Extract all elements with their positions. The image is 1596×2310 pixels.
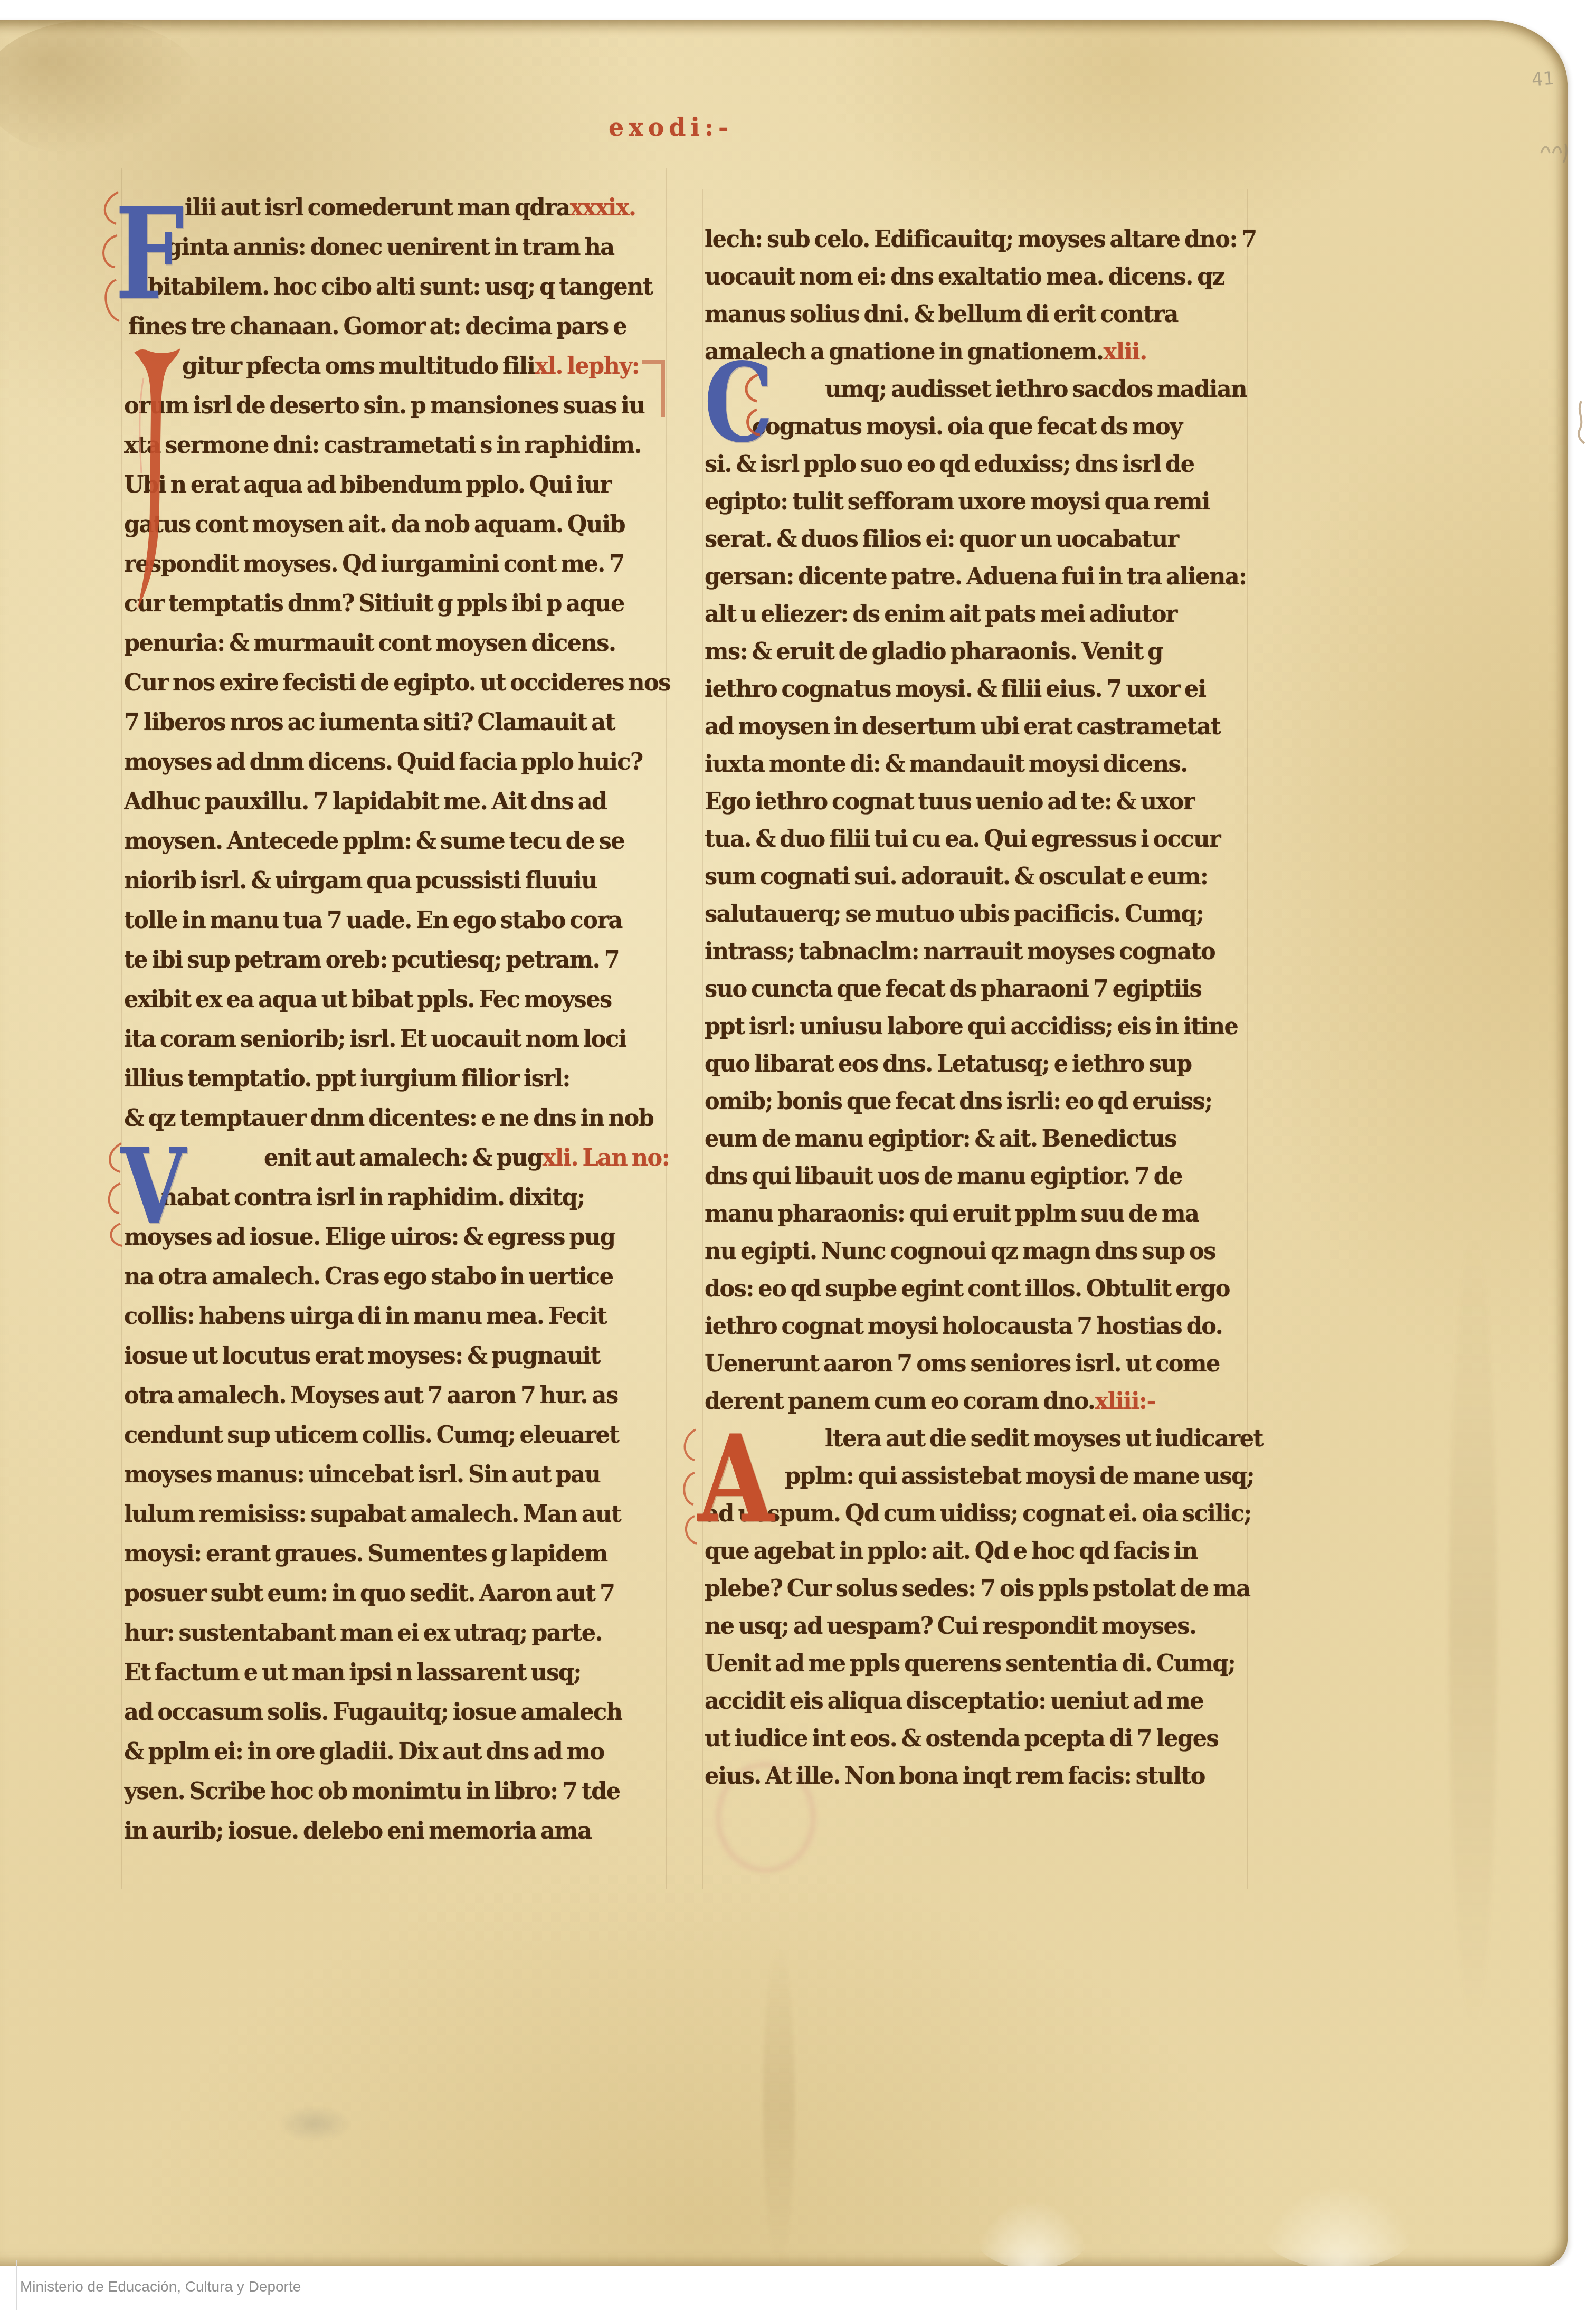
- text-line: ginta annis: donec uenirent in tram ha: [124, 228, 668, 267]
- text-segment: amalech a gnatione in gnationem.: [705, 333, 1104, 372]
- text-segment: ne usq; ad uespam? Cui respondit moyses.: [705, 1607, 1196, 1646]
- chapter-rubric: xli. Lan no:: [543, 1138, 669, 1179]
- text-line: iosue ut locutus erat moyses: & pugnauit: [124, 1336, 668, 1376]
- text-segment: penuria: & murmauit cont moysen dicens.: [124, 623, 615, 664]
- footer-text: Ministerio de Educación, Cultura y Depor…: [20, 2278, 301, 2295]
- text-line: plebe? Cur solus sedes: 7 ois ppls pstol…: [705, 1570, 1248, 1607]
- text-segment: suo cuncta que fecat ds pharaoni 7 egipt…: [705, 970, 1201, 1009]
- rubric-bracket-icon: [639, 358, 669, 423]
- text-segment: nabat contra isrl in raphidim. dixitq;: [161, 1177, 585, 1218]
- text-line: niorib isrl. & uirgam qua pcussisti fluu…: [124, 861, 668, 901]
- pen-flourish-icon: [676, 1425, 699, 1547]
- text-line: orum isrl de deserto sin. p mansiones su…: [124, 386, 668, 425]
- text-line: gatus cont moysen ait. da nob aquam. Qui…: [124, 505, 668, 544]
- text-segment: collis: habens uirga di in manu mea. Fec…: [124, 1296, 606, 1337]
- text-segment: nu egipti. Nunc cognoui qz magn dns sup …: [705, 1232, 1215, 1271]
- pen-flourish-icon: [99, 1138, 125, 1249]
- text-segment: orum isrl de deserto sin. p mansiones su…: [124, 385, 644, 427]
- text-line: Uenit ad me ppls querens sententia di. C…: [705, 1645, 1248, 1682]
- text-segment: derent panem cum eo coram dno.: [705, 1382, 1095, 1421]
- text-segment: uocauit nom ei: dns exaltatio mea. dicen…: [705, 258, 1224, 297]
- text-line: exibit ex ea aqua ut bibat ppls. Fec moy…: [124, 980, 668, 1019]
- text-line: moysen. Antecede pplm: & sume tecu de se: [124, 821, 668, 861]
- text-line: manus solius dni. & bellum di erit contr…: [705, 296, 1248, 333]
- text-column-left: ilii aut isrl comederunt man qdra xxxix.…: [124, 188, 668, 1851]
- text-segment: niorib isrl. & uirgam qua pcussisti fluu…: [124, 860, 597, 902]
- text-segment: & pplm ei: in ore gladii. Dix aut dns ad…: [124, 1731, 604, 1773]
- text-segment: ilii aut isrl comederunt man qdra: [185, 187, 570, 229]
- text-segment: dos: eo qd supbe egint cont illos. Obtul…: [705, 1270, 1230, 1309]
- text-line: ilii aut isrl comederunt man qdra xxxix.: [124, 188, 668, 228]
- text-line: umq; audisset iethro sacdos madian: [705, 371, 1248, 408]
- text-line: cendunt sup uticem collis. Cumq; eleuare…: [124, 1415, 668, 1455]
- text-line: dns qui libauit uos de manu egiptior. 7 …: [705, 1158, 1248, 1195]
- text-segment: Uenit ad me ppls querens sententia di. C…: [705, 1644, 1235, 1683]
- text-line: ad moysen in desertum ubi erat castramet…: [705, 708, 1248, 745]
- text-segment: in aurib; iosue. delebo eni memoria ama: [124, 1811, 592, 1852]
- text-line: in aurib; iosue. delebo eni memoria ama: [124, 1811, 668, 1851]
- text-segment: tolle in manu tua 7 uade. En ego stabo c…: [124, 900, 622, 941]
- text-line: pplm: qui assistebat moysi de mane usq;: [705, 1457, 1248, 1495]
- text-line: respondit moyses. Qd iurgamini cont me. …: [124, 544, 668, 584]
- text-line: omib; bonis que fecat dns isrli: eo qd e…: [705, 1083, 1248, 1120]
- footer-bar: Ministerio de Educación, Cultura y Depor…: [0, 2266, 1596, 2310]
- chapter-rubric: xl. lephy:: [535, 346, 639, 387]
- text-line: tua. & duo filii tui cu ea. Qui egressus…: [705, 820, 1248, 858]
- text-line: te ibi sup petram oreb: pcutiesq; petram…: [124, 940, 668, 980]
- parchment-stain: [0, 20, 204, 157]
- text-line: illius temptatio. ppt iurgium filior isr…: [124, 1059, 668, 1099]
- text-line: que agebat in pplo: ait. Qd e hoc qd fac…: [705, 1532, 1248, 1570]
- text-segment: quo libarat eos dns. Letatusq; e iethro …: [705, 1045, 1192, 1084]
- text-segment: exibit ex ea aqua ut bibat ppls. Fec moy…: [124, 979, 612, 1020]
- text-line: ne usq; ad uespam? Cui respondit moyses.: [705, 1607, 1248, 1645]
- text-line: accidit eis aliqua disceptatio: ueniut a…: [705, 1682, 1248, 1720]
- chapter-rubric: xlii.: [1104, 333, 1147, 372]
- text-segment: & qz temptauer dnm dicentes: e ne dns in…: [124, 1098, 653, 1139]
- running-title: exodi:-: [581, 113, 761, 141]
- text-line: xta sermone dni: castrametati s in raphi…: [124, 425, 668, 465]
- text-segment: dns qui libauit uos de manu egiptior. 7 …: [705, 1157, 1182, 1196]
- text-line: amalech a gnatione in gnationem. xlii.: [705, 333, 1248, 371]
- text-line: ita coram seniorib; isrl. Et uocauit nom…: [124, 1019, 668, 1059]
- text-line: ad uespum. Qd cum uidiss; cognat ei. oia…: [705, 1495, 1248, 1532]
- text-segment: eius. At ille. Non bona inqt rem facis: …: [705, 1757, 1205, 1796]
- text-line: lulum remisiss: supabat amalech. Man aut: [124, 1494, 668, 1534]
- text-segment: iethro cognat moysi holocausta 7 hostias…: [705, 1307, 1222, 1346]
- text-segment: manus solius dni. & bellum di erit contr…: [705, 295, 1178, 334]
- folio-number: 41: [1531, 68, 1555, 91]
- text-line: ad occasum solis. Fugauitq; iosue amalec…: [124, 1692, 668, 1732]
- text-segment: lulum remisiss: supabat amalech. Man aut: [124, 1494, 621, 1535]
- text-line: & pplm ei: in ore gladii. Dix aut dns ad…: [124, 1732, 668, 1772]
- text-segment: xta sermone dni: castrametati s in raphi…: [124, 425, 641, 466]
- text-segment: ms: & eruit de gladio pharaonis. Venit g: [705, 632, 1163, 671]
- text-segment: serat. & duos filios ei: quor un uocabat…: [705, 520, 1179, 559]
- text-line: otra amalech. Moyses aut 7 aaron 7 hur. …: [124, 1376, 668, 1415]
- text-segment: ysen. Scribe hoc ob monimtu in libro: 7 …: [124, 1771, 620, 1812]
- text-segment: moyses ad iosue. Elige uiros: & egress p…: [124, 1217, 615, 1258]
- text-column-right: lech: sub celo. Edificauitq; moyses alta…: [705, 221, 1248, 1795]
- text-line: ut iudice int eos. & ostenda pcepta di 7…: [705, 1720, 1248, 1757]
- text-line: uocauit nom ei: dns exaltatio mea. dicen…: [705, 258, 1248, 296]
- text-line: iethro cognatus moysi. & filii eius. 7 u…: [705, 670, 1248, 708]
- text-line: enit aut amalech: & pug xli. Lan no:: [124, 1138, 668, 1178]
- text-line: ms: & eruit de gladio pharaonis. Venit g: [705, 633, 1248, 670]
- text-segment: cur temptatis dnm? Sitiuit g ppls ibi p …: [124, 583, 624, 624]
- text-segment: alt u eliezer: ds enim ait pats mei adiu…: [705, 595, 1177, 634]
- text-segment: plebe? Cur solus sedes: 7 ois ppls pstol…: [705, 1569, 1250, 1608]
- pen-flourish-icon: [91, 186, 122, 328]
- text-line: moyses manus: uincebat isrl. Sin aut pau: [124, 1455, 668, 1494]
- text-segment: fines tre chanaan. Gomor at: decima pars…: [128, 306, 626, 347]
- text-segment: Ubi n erat aqua ad bibendum pplo. Qui iu…: [124, 465, 611, 506]
- text-line: ltera aut die sedit moyses ut iudicaret: [705, 1420, 1248, 1457]
- manuscript-scan: exodi:- 41 ilii aut isrl comederunt man …: [0, 0, 1596, 2310]
- text-line: ysen. Scribe hoc ob monimtu in libro: 7 …: [124, 1772, 668, 1811]
- text-segment: na otra amalech. Cras ego stabo in uerti…: [124, 1256, 613, 1298]
- text-segment: gersan: dicente patre. Aduena fui in tra…: [705, 557, 1246, 597]
- text-segment: Uenerunt aaron 7 oms seniores isrl. ut c…: [705, 1345, 1220, 1384]
- text-line: Et factum e ut man ipsi n lassarent usq;: [124, 1653, 668, 1692]
- text-segment: cendunt sup uticem collis. Cumq; eleuare…: [124, 1415, 619, 1456]
- text-line: nu egipti. Nunc cognoui qz magn dns sup …: [705, 1233, 1248, 1270]
- text-segment: 7 liberos nros ac iumenta siti? Clamauit…: [124, 702, 615, 743]
- text-line: penuria: & murmauit cont moysen dicens.: [124, 623, 668, 663]
- text-line: ppt isrl: uniusu labore qui accidiss; ei…: [705, 1008, 1248, 1045]
- text-line: na otra amalech. Cras ego stabo in uerti…: [124, 1257, 668, 1296]
- text-segment: ita coram seniorib; isrl. Et uocauit nom…: [124, 1019, 626, 1060]
- text-segment: gatus cont moysen ait. da nob aquam. Qui…: [124, 504, 625, 545]
- parchment-stain: [1259, 2184, 1418, 2269]
- text-segment: illius temptatio. ppt iurgium filior isr…: [124, 1058, 570, 1100]
- text-line: cognatus moysi. oia que fecat ds moy: [705, 408, 1248, 446]
- text-line: serat. & duos filios ei: quor un uocabat…: [705, 520, 1248, 558]
- text-segment: iuxta monte di: & mandauit moysi dicens.: [705, 745, 1187, 784]
- text-segment: ad occasum solis. Fugauitq; iosue amalec…: [124, 1692, 622, 1733]
- text-line: lech: sub celo. Edificauitq; moyses alta…: [705, 221, 1248, 258]
- parchment-stain: [1449, 1234, 1497, 2026]
- text-segment: iosue ut locutus erat moyses: & pugnauit: [124, 1336, 600, 1377]
- text-line: quo libarat eos dns. Letatusq; e iethro …: [705, 1045, 1248, 1083]
- parchment-stain: [278, 2105, 351, 2142]
- text-segment: iethro cognatus moysi. & filii eius. 7 u…: [705, 670, 1206, 709]
- text-line: moyses ad dnm dicens. Quid facia pplo hu…: [124, 742, 668, 782]
- chapter-rubric: xxxix.: [570, 187, 636, 229]
- text-segment: bitabilem. hoc cibo alti sunt: usq; q ta…: [148, 267, 652, 308]
- text-segment: intrass; tabnaclm: narrauit moyses cogna…: [705, 932, 1215, 971]
- text-line: fines tre chanaan. Gomor at: decima pars…: [124, 307, 668, 346]
- text-line: dos: eo qd supbe egint cont illos. Obtul…: [705, 1270, 1248, 1308]
- text-line: & qz temptauer dnm dicentes: e ne dns in…: [124, 1099, 668, 1138]
- text-segment: Adhuc pauxillu. 7 lapidabit me. Ait dns …: [124, 781, 607, 822]
- text-line: posuer subt eum: in quo sedit. Aaron aut…: [124, 1574, 668, 1613]
- text-line: gersan: dicente patre. Aduena fui in tra…: [705, 558, 1248, 595]
- text-line: intrass; tabnaclm: narrauit moyses cogna…: [705, 933, 1248, 970]
- text-segment: hur: sustentabant man ei ex utraq; parte…: [124, 1613, 602, 1654]
- parchment-page: exodi:- 41 ilii aut isrl comederunt man …: [0, 20, 1567, 2270]
- text-line: tolle in manu tua 7 uade. En ego stabo c…: [124, 901, 668, 940]
- footer-divider: [16, 2260, 17, 2310]
- text-segment: gitur pfecta oms multitudo fili: [182, 346, 535, 387]
- text-line: collis: habens uirga di in manu mea. Fec…: [124, 1296, 668, 1336]
- text-segment: otra amalech. Moyses aut 7 aaron 7 hur. …: [124, 1375, 618, 1416]
- text-segment: cognatus moysi. oia que fecat ds moy: [752, 408, 1182, 447]
- text-segment: omib; bonis que fecat dns isrli: eo qd e…: [705, 1082, 1212, 1121]
- text-line: nabat contra isrl in raphidim. dixitq;: [124, 1178, 668, 1217]
- text-segment: ppt isrl: uniusu labore qui accidiss; ei…: [705, 1007, 1238, 1046]
- text-segment: pplm: qui assistebat moysi de mane usq;: [785, 1457, 1254, 1496]
- text-line: gitur pfecta oms multitudo fili xl. leph…: [124, 346, 668, 386]
- text-line: egipto: tulit sefforam uxore moysi qua r…: [705, 483, 1248, 520]
- text-line: iuxta monte di: & mandauit moysi dicens.: [705, 745, 1248, 783]
- text-line: Ubi n erat aqua ad bibendum pplo. Qui iu…: [124, 465, 668, 505]
- text-line: 7 liberos nros ac iumenta siti? Clamauit…: [124, 703, 668, 742]
- text-line: Ego iethro cognat tuus uenio ad te: & ux…: [705, 783, 1248, 820]
- text-segment: respondit moyses. Qd iurgamini cont me. …: [124, 544, 624, 585]
- margin-mark-icon: [1572, 398, 1591, 446]
- text-segment: tua. & duo filii tui cu ea. Qui egressus…: [705, 820, 1220, 859]
- text-segment: si. & isrl pplo suo eo qd eduxiss; dns i…: [705, 445, 1194, 484]
- text-segment: ad uespum. Qd cum uidiss; cognat ei. oia…: [705, 1494, 1251, 1533]
- text-segment: te ibi sup petram oreb: pcutiesq; petram…: [124, 940, 619, 981]
- text-line: suo cuncta que fecat ds pharaoni 7 egipt…: [705, 970, 1248, 1008]
- text-segment: Ego iethro cognat tuus uenio ad te: & ux…: [705, 782, 1194, 821]
- text-line: sum cognati sui. adorauit. & osculat e e…: [705, 858, 1248, 895]
- text-segment: ad moysen in desertum ubi erat castramet…: [705, 707, 1220, 746]
- text-line: alt u eliezer: ds enim ait pats mei adiu…: [705, 595, 1248, 633]
- parchment-stain: [763, 1947, 795, 2264]
- text-line: salutauerq; se mutuo ubis pacificis. Cum…: [705, 895, 1248, 933]
- text-segment: moysen. Antecede pplm: & sume tecu de se: [124, 821, 624, 862]
- text-segment: manu pharaonis: qui eruit pplm suu de ma: [705, 1195, 1199, 1234]
- text-line: cur temptatis dnm? Sitiuit g ppls ibi p …: [124, 584, 668, 623]
- text-line: Cur nos exire fecisti de egipto. ut occi…: [124, 663, 668, 703]
- text-segment: moysi: erant graues. Sumentes g lapidem: [124, 1533, 607, 1575]
- text-segment: moyses ad dnm dicens. Quid facia pplo hu…: [124, 742, 643, 783]
- text-segment: egipto: tulit sefforam uxore moysi qua r…: [705, 482, 1210, 522]
- margin-mark-icon: [1537, 132, 1574, 169]
- text-segment: eum de manu egiptior: & ait. Benedictus: [705, 1120, 1176, 1159]
- text-line: bitabilem. hoc cibo alti sunt: usq; q ta…: [124, 267, 668, 307]
- text-segment: accidit eis aliqua disceptatio: ueniut a…: [705, 1682, 1203, 1721]
- text-line: derent panem cum eo coram dno. xliii:-: [705, 1383, 1248, 1420]
- text-line: moyses ad iosue. Elige uiros: & egress p…: [124, 1217, 668, 1257]
- text-line: eius. At ille. Non bona inqt rem facis: …: [705, 1757, 1248, 1795]
- text-segment: Cur nos exire fecisti de egipto. ut occi…: [124, 662, 670, 704]
- ruling-line: [702, 189, 703, 1889]
- text-line: Adhuc pauxillu. 7 lapidabit me. Ait dns …: [124, 782, 668, 821]
- text-segment: ginta annis: donec uenirent in tram ha: [166, 227, 614, 268]
- text-line: hur: sustentabant man ei ex utraq; parte…: [124, 1613, 668, 1653]
- chapter-rubric: xliii:-: [1095, 1382, 1155, 1421]
- text-line: moysi: erant graues. Sumentes g lapidem: [124, 1534, 668, 1574]
- ruling-line: [121, 168, 122, 1889]
- parchment-stain: [974, 2200, 1090, 2269]
- text-line: Uenerunt aaron 7 oms seniores isrl. ut c…: [705, 1345, 1248, 1383]
- text-segment: ltera aut die sedit moyses ut iudicaret: [825, 1419, 1263, 1459]
- text-line: iethro cognat moysi holocausta 7 hostias…: [705, 1308, 1248, 1345]
- text-segment: umq; audisset iethro sacdos madian: [825, 370, 1247, 409]
- text-segment: sum cognati sui. adorauit. & osculat e e…: [705, 857, 1208, 896]
- text-segment: que agebat in pplo: ait. Qd e hoc qd fac…: [705, 1532, 1197, 1571]
- text-line: manu pharaonis: qui eruit pplm suu de ma: [705, 1195, 1248, 1233]
- text-segment: enit aut amalech: & pug: [264, 1138, 543, 1179]
- text-segment: moyses manus: uincebat isrl. Sin aut pau: [124, 1454, 600, 1495]
- text-segment: salutauerq; se mutuo ubis pacificis. Cum…: [705, 895, 1203, 934]
- text-segment: Et factum e ut man ipsi n lassarent usq;: [124, 1652, 581, 1693]
- text-segment: posuer subt eum: in quo sedit. Aaron aut…: [124, 1573, 615, 1614]
- text-segment: ut iudice int eos. & ostenda pcepta di 7…: [705, 1719, 1218, 1758]
- text-line: si. & isrl pplo suo eo qd eduxiss; dns i…: [705, 446, 1248, 483]
- text-line: eum de manu egiptior: & ait. Benedictus: [705, 1120, 1248, 1158]
- text-segment: lech: sub celo. Edificauitq; moyses alta…: [705, 220, 1257, 259]
